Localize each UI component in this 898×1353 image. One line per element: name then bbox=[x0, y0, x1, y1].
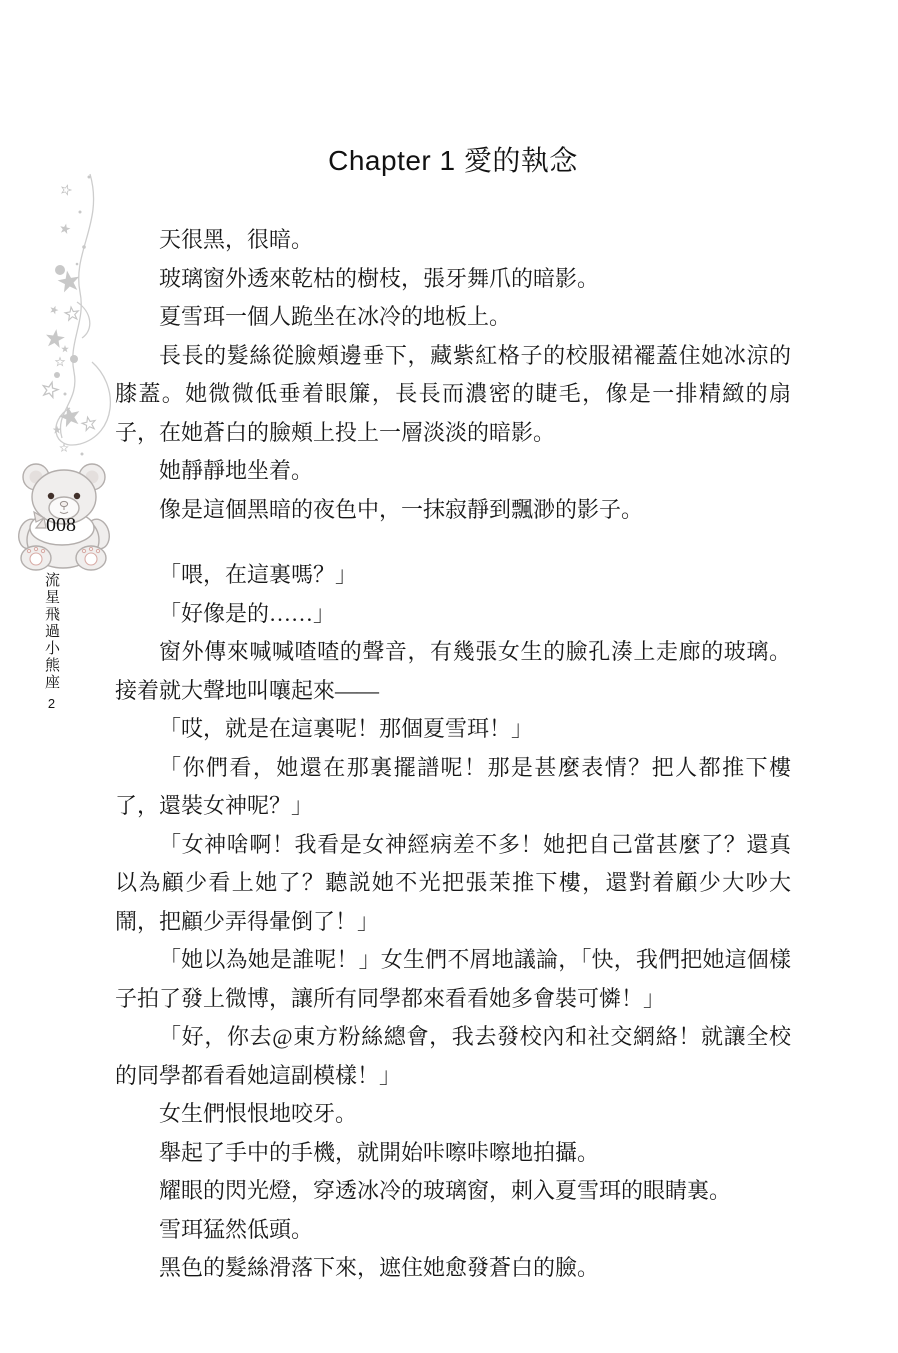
paragraph: 天很黑，很暗。 bbox=[115, 221, 791, 260]
book-page: 008 流星飛過小熊座2 Chapter 1 愛的執念 天很黑，很暗。 玻璃窗外… bbox=[0, 0, 898, 1353]
paragraph: 她靜靜地坐着。 bbox=[115, 452, 791, 491]
paragraph: 玻璃窗外透來乾枯的樹枝，張牙舞爪的暗影。 bbox=[115, 260, 791, 299]
paragraph: 窗外傳來喊喊喳喳的聲音，有幾張女生的臉孔湊上走廊的玻璃。接着就大聲地叫嚷起來—— bbox=[115, 633, 791, 710]
paragraph: 「她以為她是誰呢！」女生們不屑地議論，「快，我們把她這個樣子拍了發上微博，讓所有… bbox=[115, 941, 791, 1018]
paragraph: 像是這個黑暗的夜色中，一抹寂靜到飄渺的影子。 bbox=[115, 491, 791, 530]
chapter-title: Chapter 1 愛的執念 bbox=[115, 139, 791, 179]
paragraph: 黑色的髮絲滑落下來，遮住她愈發蒼白的臉。 bbox=[115, 1249, 791, 1288]
paragraph: 舉起了手中的手機，就開始咔嚓咔嚓地拍攝。 bbox=[115, 1134, 791, 1173]
paragraph: 耀眼的閃光燈，穿透冰冷的玻璃窗，刺入夏雪珥的眼睛裏。 bbox=[115, 1172, 791, 1211]
paragraph: 雪珥猛然低頭。 bbox=[115, 1211, 791, 1250]
star-vine-decoration-icon bbox=[32, 172, 122, 462]
paragraph: 「喂，在這裏嗎？」 bbox=[115, 556, 791, 595]
page-number-badge: 008 bbox=[6, 514, 116, 537]
teddy-bear-icon bbox=[6, 452, 116, 572]
book-volume: 2 bbox=[45, 696, 58, 713]
paragraph: 「好，你去@東方粉絲總會，我去發校內和社交網絡！就讓全校的同學都看看她這副模樣！… bbox=[115, 1018, 791, 1095]
paragraph: 「好像是的……」 bbox=[115, 595, 791, 634]
paragraph: 夏雪珥一個人跪坐在冰冷的地板上。 bbox=[115, 298, 791, 337]
book-title-text: 流星飛過小熊座 bbox=[43, 572, 60, 691]
paragraph: 「哎，就是在這裏呢！那個夏雪珥！」 bbox=[115, 710, 791, 749]
book-title-vertical: 流星飛過小熊座2 bbox=[44, 572, 59, 713]
body-text: 天很黑，很暗。 玻璃窗外透來乾枯的樹枝，張牙舞爪的暗影。 夏雪珥一個人跪坐在冰冷… bbox=[115, 221, 791, 1288]
paragraph: 長長的髮絲從臉頰邊垂下，藏紫紅格子的校服裙襬蓋住她冰涼的膝蓋。她微微低垂着眼簾，… bbox=[115, 337, 791, 453]
paragraph: 女生們恨恨地咬牙。 bbox=[115, 1095, 791, 1134]
paragraph-spacer bbox=[115, 529, 791, 556]
paragraph: 「女神啥啊！我看是女神經病差不多！她把自己當甚麼了？還真以為顧少看上她了？聽説她… bbox=[115, 826, 791, 942]
paragraph: 「你們看，她還在那裏擺譜呢！那是甚麼表情？把人都推下樓了，還裝女神呢？」 bbox=[115, 749, 791, 826]
